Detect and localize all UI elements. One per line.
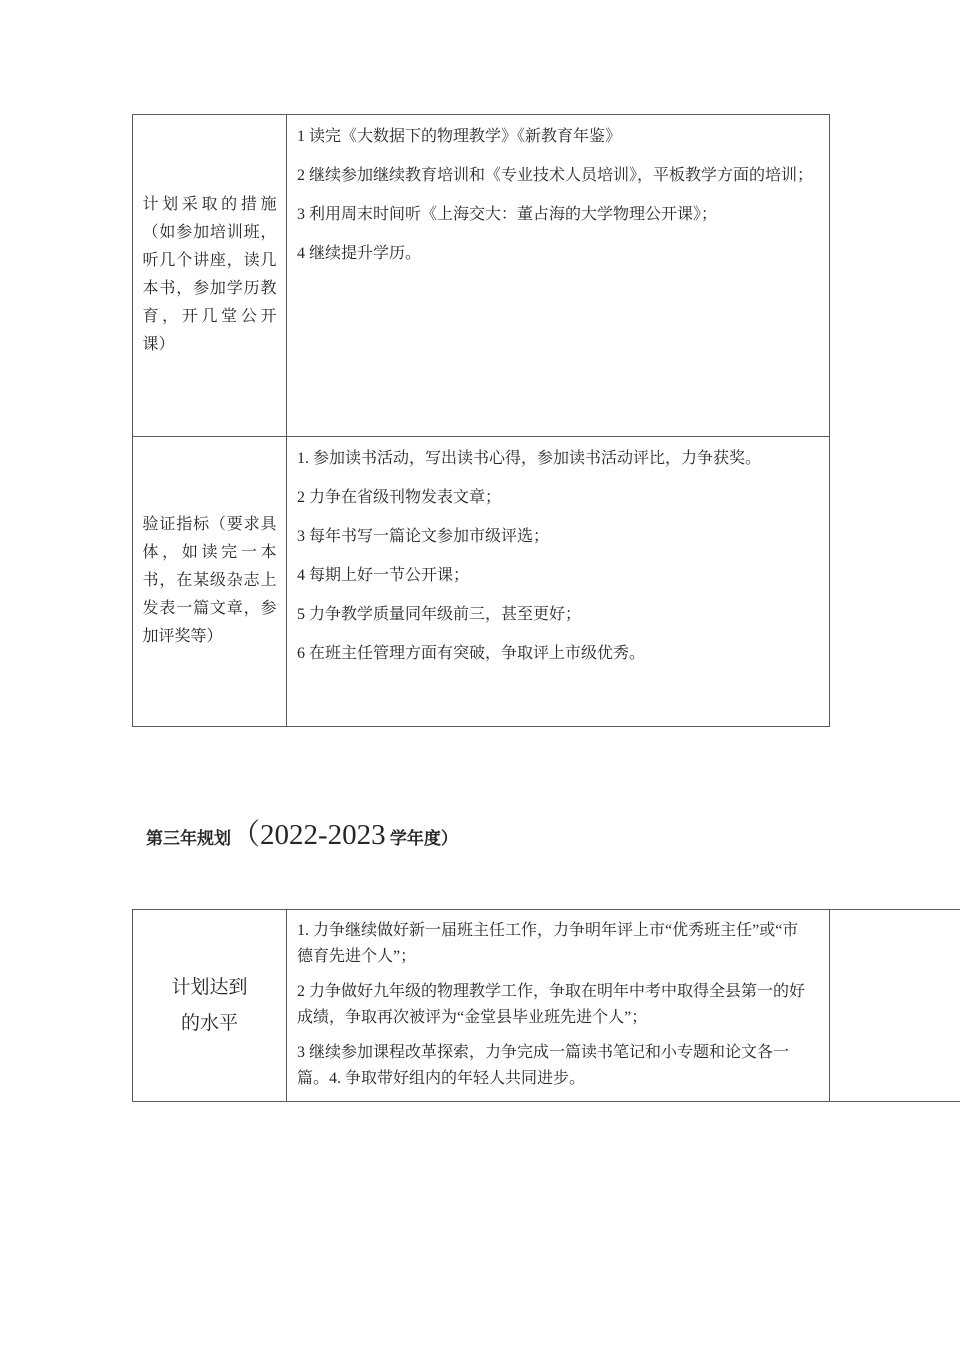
measures-label: 计划采取的措施（如参加培训班，听几个讲座，读几本书，参加学历教育，开几堂公开课）: [143, 191, 277, 359]
measures-label-cell: 计划采取的措施（如参加培训班，听几个讲座，读几本书，参加学历教育，开几堂公开课）: [133, 115, 286, 436]
measures-item: 4 继续提升学历。: [297, 240, 819, 268]
empty-cell: [829, 910, 960, 1101]
measures-item: 3 利用周末时间听《上海交大：董占海的大学物理公开课》；: [297, 201, 819, 229]
target-level-label-cell: 计划达到 的水平: [133, 910, 286, 1101]
indicators-label: 验证指标（要求具体，如读完一本书，在某级杂志上发表一篇文章，参加评奖等）: [143, 511, 277, 651]
year3-plan-table: 计划达到 的水平 1. 力争继续做好新一届班主任工作，力争明年评上市“优秀班主任…: [132, 909, 960, 1102]
indicators-content-cell: 1. 参加读书活动，写出读书心得，参加读书活动评比，力争获奖。 2 力争在省级刊…: [286, 437, 829, 726]
measures-content-cell: 1 读完《大数据下的物理教学》《新教育年鉴》 2 继续参加继续教育培训和《专业技…: [286, 115, 829, 436]
target-level-item: 2 力争做好九年级的物理教学工作，争取在明年中考中取得全县第一的好成绩，争取再次…: [297, 979, 805, 1031]
target-level-label: 计划达到 的水平: [143, 970, 277, 1042]
indicators-item: 6 在班主任管理方面有突破，争取评上市级优秀。: [297, 640, 819, 668]
measures-item: 2 继续参加继续教育培训和《专业技术人员培训》，平板教学方面的培训；: [297, 162, 819, 190]
indicators-item: 2 力争在省级刊物发表文章；: [297, 484, 819, 512]
measures-item: 1 读完《大数据下的物理教学》《新教育年鉴》: [297, 123, 819, 151]
heading-suffix: 学年度）: [386, 829, 458, 848]
section-heading: 第三年规划（2022-2023 学年度）: [146, 812, 458, 853]
indicators-item: 5 力争教学质量同年级前三，甚至更好；: [297, 601, 819, 629]
indicators-item: 3 每年书写一篇论文参加市级评选；: [297, 523, 819, 551]
indicators-item: 1. 参加读书活动，写出读书心得，参加读书活动评比，力争获奖。: [297, 445, 819, 473]
indicators-item: 4 每期上好一节公开课；: [297, 562, 819, 590]
table-row-measures: 计划采取的措施（如参加培训班，听几个讲座，读几本书，参加学历教育，开几堂公开课）…: [133, 115, 829, 436]
target-level-content-cell: 1. 力争继续做好新一届班主任工作，力争明年评上市“优秀班主任”或“市德育先进个…: [286, 910, 829, 1101]
plan-measures-table: 计划采取的措施（如参加培训班，听几个讲座，读几本书，参加学历教育，开几堂公开课）…: [132, 114, 830, 727]
heading-year: （2022-2023: [231, 819, 386, 851]
heading-title: 第三年规划: [146, 829, 231, 848]
table-row-target-level: 计划达到 的水平 1. 力争继续做好新一届班主任工作，力争明年评上市“优秀班主任…: [133, 910, 960, 1101]
document-page: 计划采取的措施（如参加培训班，听几个讲座，读几本书，参加学历教育，开几堂公开课）…: [0, 0, 960, 1357]
target-level-item: 1. 力争继续做好新一届班主任工作，力争明年评上市“优秀班主任”或“市德育先进个…: [297, 918, 805, 970]
table-row-indicators: 验证指标（要求具体，如读完一本书，在某级杂志上发表一篇文章，参加评奖等） 1. …: [133, 436, 829, 726]
indicators-label-cell: 验证指标（要求具体，如读完一本书，在某级杂志上发表一篇文章，参加评奖等）: [133, 437, 286, 726]
target-level-item: 3 继续参加课程改革探索，力争完成一篇读书笔记和小专题和论文各一篇。4. 争取带…: [297, 1040, 805, 1092]
